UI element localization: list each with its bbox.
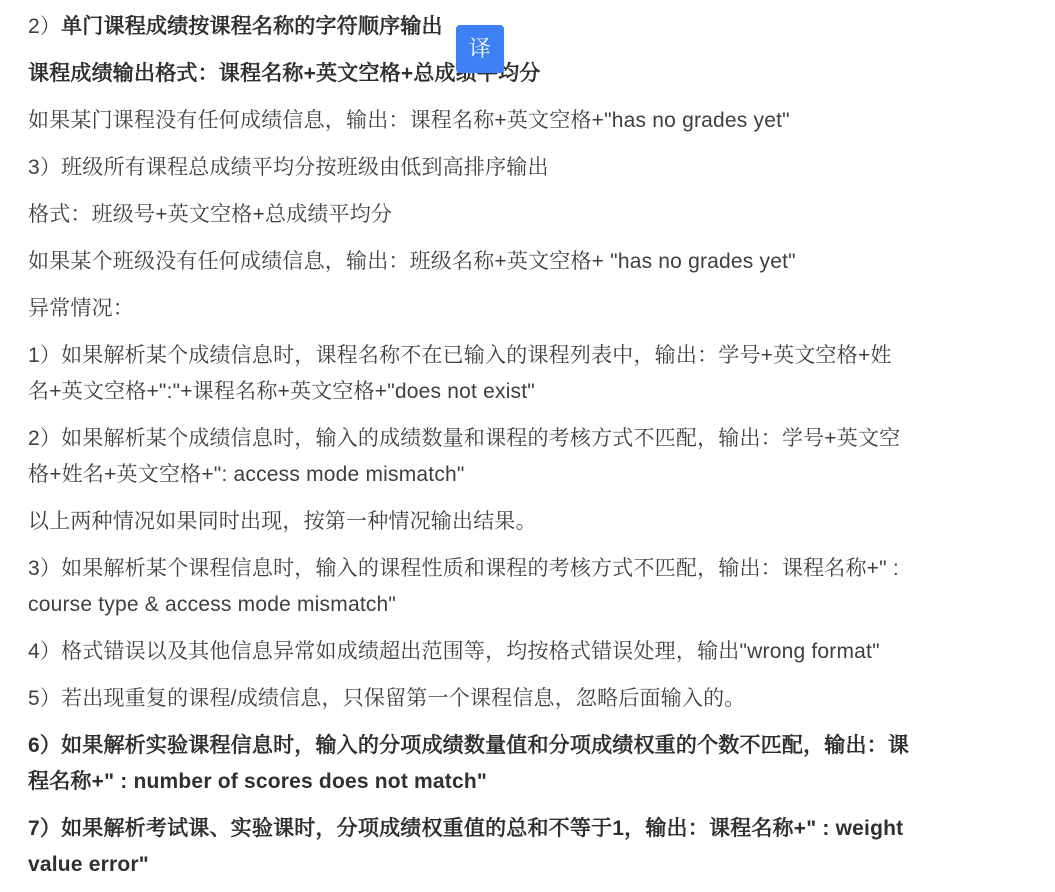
- course-output-order-heading: 2）单门课程成绩按课程名称的字符顺序输出: [28, 9, 1037, 45]
- exception-priority-note: 以上两种情况如果同时出现，按第一种情况输出结果。: [28, 504, 1037, 540]
- course-output-format-heading: 课程成绩输出格式：课程名称+英文空格+总成绩平均分: [28, 56, 1037, 92]
- class-no-grades-note: 如果某个班级没有任何成绩信息，输出：班级名称+英文空格+ "has no gra…: [28, 244, 1037, 280]
- exception-rule-2: 2）如果解析某个成绩信息时，输入的成绩数量和课程的考核方式不匹配，输出：学号+英…: [28, 421, 1037, 493]
- problem-statement: 2）单门课程成绩按课程名称的字符顺序输出 课程成绩输出格式：课程名称+英文空格+…: [0, 0, 1055, 892]
- item-number: 2）: [28, 15, 61, 38]
- class-average-order-item: 3）班级所有课程总成绩平均分按班级由低到高排序输出: [28, 150, 1037, 186]
- exception-rule-1: 1）如果解析某个成绩信息时，课程名称不在已输入的课程列表中，输出：学号+英文空格…: [28, 338, 1037, 410]
- exceptions-heading: 异常情况：: [28, 291, 1037, 327]
- translate-button[interactable]: 译: [456, 25, 504, 73]
- exception-rule-6: 6）如果解析实验课程信息时，输入的分项成绩数量值和分项成绩权重的个数不匹配，输出…: [28, 728, 1037, 800]
- class-output-format: 格式：班级号+英文空格+总成绩平均分: [28, 197, 1037, 233]
- course-no-grades-note: 如果某门课程没有任何成绩信息，输出：课程名称+英文空格+"has no grad…: [28, 103, 1037, 139]
- exception-rule-3: 3）如果解析某个课程信息时，输入的课程性质和课程的考核方式不匹配，输出：课程名称…: [28, 551, 1037, 623]
- exception-rule-4: 4）格式错误以及其他信息异常如成绩超出范围等，均按格式错误处理，输出"wrong…: [28, 634, 1037, 670]
- exception-rule-5: 5）若出现重复的课程/成绩信息，只保留第一个课程信息，忽略后面输入的。: [28, 681, 1037, 717]
- course-output-order-heading-text: 单门课程成绩按课程名称的字符顺序输出: [61, 15, 443, 38]
- exception-rule-7: 7）如果解析考试课、实验课时，分项成绩权重值的总和不等于1，输出：课程名称+" …: [28, 811, 1037, 883]
